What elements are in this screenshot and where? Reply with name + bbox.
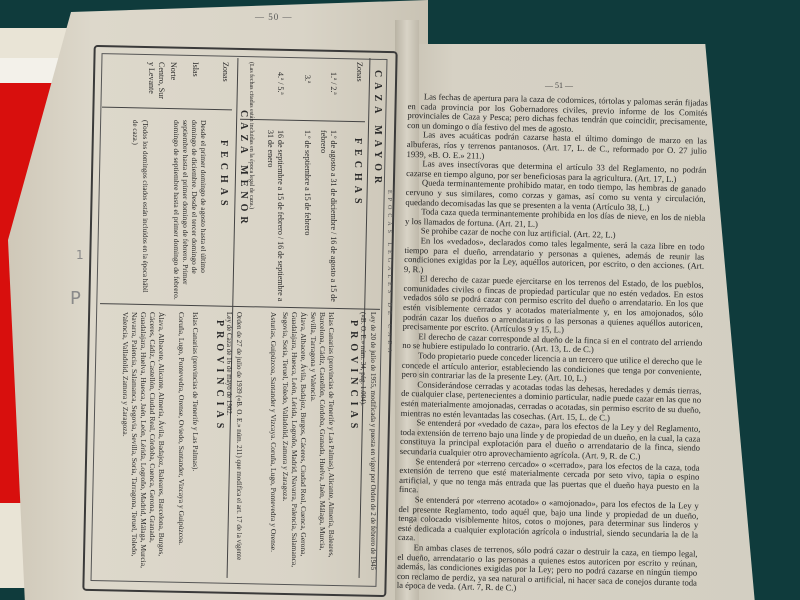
caza-mayor-provincias-header: PROVINCIAS bbox=[348, 320, 358, 433]
caza-menor-dates: Desde el primer domingo de agosto hasta … bbox=[172, 120, 208, 300]
left-page-number: — 50 — bbox=[255, 12, 293, 22]
caza-mayor-zone-row-3: 4.ª / 5.ª bbox=[275, 72, 285, 95]
caza-mayor-dates-row-3: 16 de septiembre a 15 de febrero / 16 de… bbox=[265, 130, 285, 310]
right-page-number: — 51 — bbox=[545, 81, 573, 90]
caza-mayor-fechas-header: FECHAS bbox=[352, 138, 362, 209]
caza-menor-provinces-2: Coruña, Lugo, Pontevedra, Orense, Oviedo… bbox=[177, 312, 186, 574]
caza-mayor-law-note: Ley de 20 de julio de 1955, modificada y… bbox=[358, 312, 378, 572]
paragraph: En ambas clases de terrenos, sólo podrá … bbox=[397, 543, 698, 598]
caza-menor-zonas-header: Zonas bbox=[220, 62, 230, 82]
caza-menor-provinces-1: Islas Canarias (provincias de Tenerife y… bbox=[191, 312, 200, 574]
caza-menor-title: CAZA MENOR bbox=[238, 110, 248, 229]
caza-menor-provincias-header: PROVINCIAS bbox=[214, 320, 224, 433]
caza-menor-law-note: Orden de 27 de julio de 1939 («B. O. E.»… bbox=[224, 312, 244, 572]
photo-scene: — 50 — CAZA MAYOR Zonas FECHAS 1.ª / 2.ª… bbox=[0, 0, 800, 600]
caza-menor-provinces-3: Álava, Albacete, Alicante, Almería, Ávil… bbox=[121, 312, 166, 574]
right-page-body: Las fechas de apertura para la caza de c… bbox=[397, 92, 708, 598]
paragraph: El derecho de cazar puede ejercitarse en… bbox=[403, 274, 704, 338]
pencil-mark-1: 1 bbox=[76, 248, 84, 262]
caza-menor-zone-2: Norte bbox=[168, 62, 178, 80]
caza-mayor-dates-row-2: 1.º de septiembre a 15 de febrero bbox=[302, 130, 312, 235]
caza-menor-dates-note: (Todos los domingos citados están inclui… bbox=[130, 120, 150, 300]
caza-mayor-provinces-1: Islas Canarias (provincias de Tenerife y… bbox=[309, 312, 336, 574]
paragraph: Se entenderá por «terreno acotado» o «am… bbox=[398, 495, 699, 550]
caza-mayor-zone-row-2: 3.ª bbox=[302, 75, 312, 83]
running-head: ÉPOCAS LEGALES DE CAZA bbox=[386, 190, 392, 357]
caza-menor-zone-1: Islas bbox=[190, 62, 200, 77]
pencil-mark-p: P bbox=[70, 288, 81, 309]
caza-menor-zone-3: Centro, Sur y Levante bbox=[146, 62, 166, 102]
caza-menor-fechas-header: FECHAS bbox=[218, 140, 228, 211]
caza-mayor-zonas-header: Zonas bbox=[354, 62, 364, 82]
caza-mayor-title: CAZA MAYOR bbox=[372, 70, 382, 188]
caza-mayor-provinces-2: Álava, Albacete, Ávila, Badajoz, Burgos,… bbox=[281, 312, 308, 574]
caza-mayor-dates-row-1: 1.º de agosto a 31 de diciembre / 16 de … bbox=[318, 130, 338, 310]
caza-mayor-zone-row-1: 1.ª / 2.ª bbox=[328, 72, 338, 95]
caza-mayor-provinces-3: Asturias, Guipúzcoa, Santander y Vizcaya… bbox=[269, 312, 278, 574]
